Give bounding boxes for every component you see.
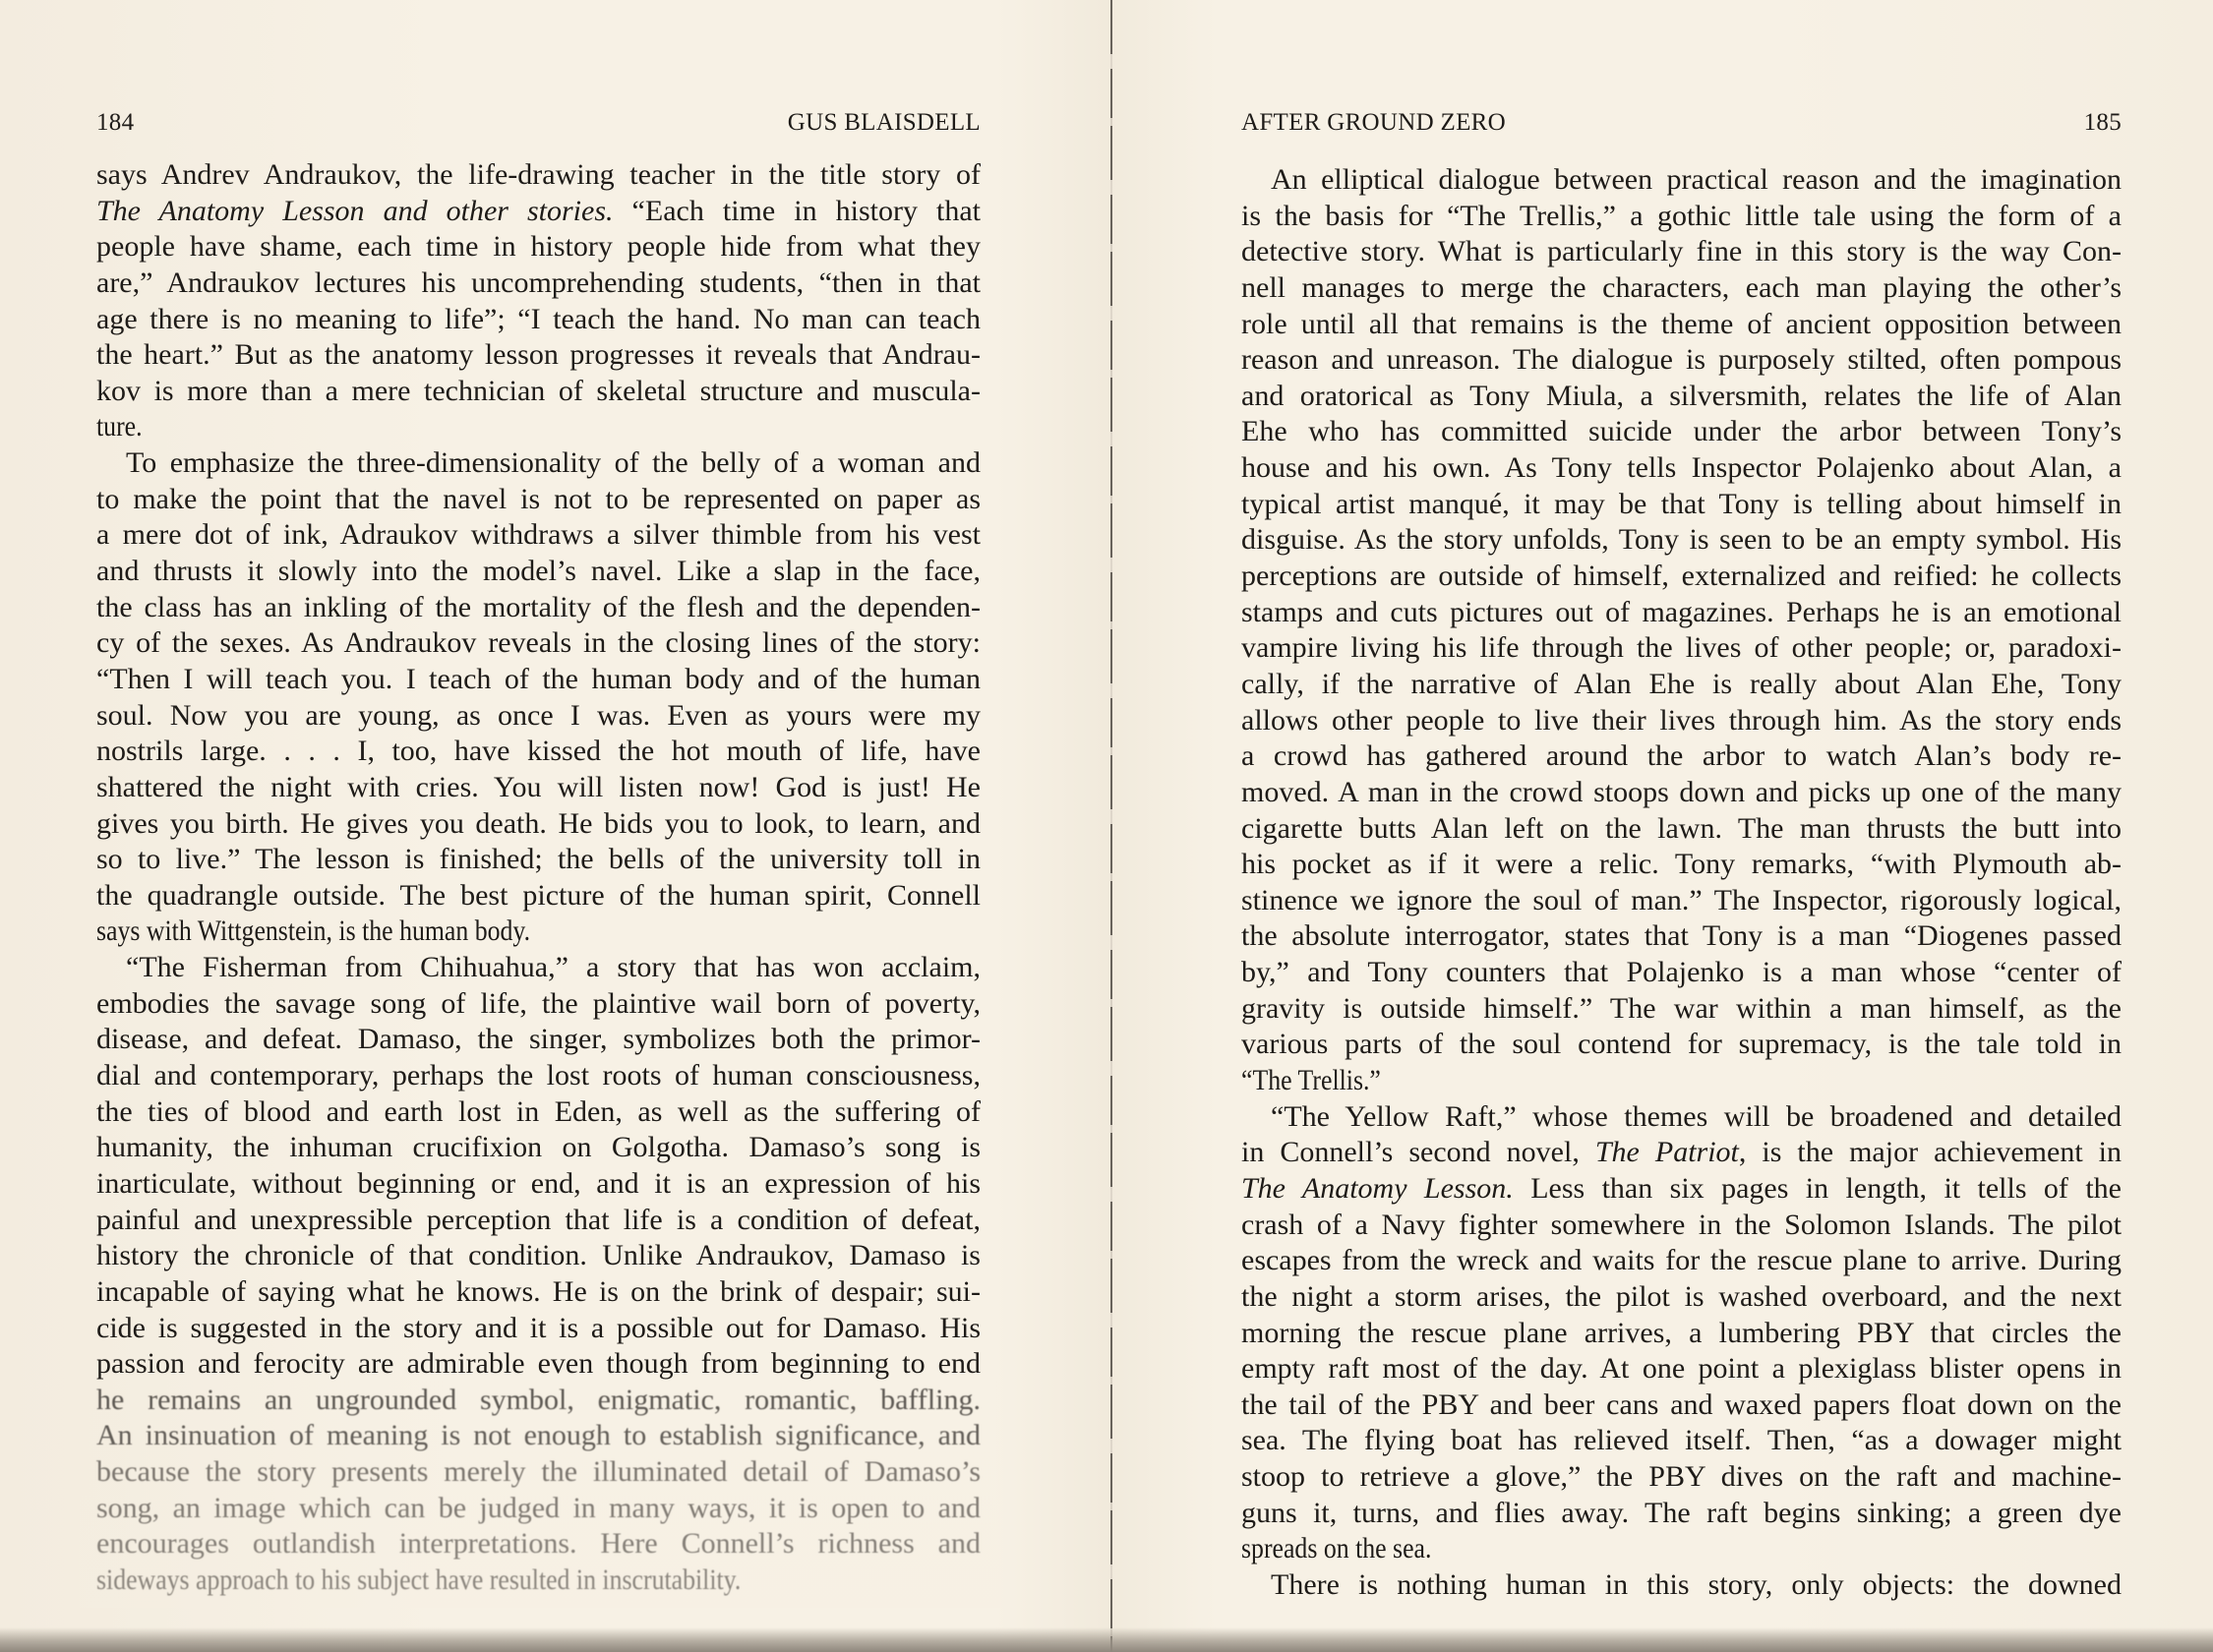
right-body-text: An elliptical dialogue between practical… (1241, 162, 2122, 1604)
text-line: the ties of blood and earth lost in Eden… (96, 1094, 981, 1131)
book-spine-gutter (1110, 0, 1112, 1652)
text-line: vampire living his life through the live… (1241, 630, 2122, 667)
text-line: sideways approach to his subject have re… (96, 1563, 981, 1599)
italic-title: The Patriot (1595, 1136, 1739, 1168)
left-body-text: says Andrev Andraukov, the life-drawing … (96, 157, 981, 1599)
text-line: history the chronicle of that condition.… (96, 1238, 981, 1274)
text-line: perceptions are outside of himself, exte… (1241, 559, 2122, 595)
right-running-head: AFTER GROUND ZERO 185 (1241, 106, 2122, 140)
text-line: says with Wittgenstein, is the human bod… (96, 914, 981, 950)
text-line: An elliptical dialogue between practical… (1241, 162, 2122, 199)
text-line: soul. Now you are young, as once I was. … (96, 698, 981, 735)
text-line: because the story presents merely the il… (96, 1454, 981, 1491)
text-line: passion and ferocity are admirable even … (96, 1346, 981, 1383)
text-line: the class has an inkling of the mortalit… (96, 590, 981, 626)
text-line: dial and contemporary, perhaps the lost … (96, 1058, 981, 1094)
text-line: stamps and cuts pictures out of magazine… (1241, 595, 2122, 631)
text-line: is the basis for “The Trellis,” a gothic… (1241, 199, 2122, 235)
text-line: in Connell’s second novel, The Patriot, … (1241, 1135, 2122, 1171)
running-head-title: AFTER GROUND ZERO (1241, 109, 1506, 137)
text-line: embodies the savage song of life, the pl… (96, 986, 981, 1023)
text-line: detective story. What is particularly fi… (1241, 234, 2122, 270)
text-line: disguise. As the story unfolds, Tony is … (1241, 522, 2122, 559)
text-line: incapable of saying what he knows. He is… (96, 1274, 981, 1311)
text-line: To emphasize the three-dimensionality of… (96, 445, 981, 482)
text-line: The Anatomy Lesson. Less than six pages … (1241, 1171, 2122, 1208)
running-head-author: GUS BLAISDELL (788, 109, 981, 137)
text-line: and thrusts it slowly into the model’s n… (96, 554, 981, 590)
text-line: morning the rescue plane arrives, a lumb… (1241, 1316, 2122, 1352)
text-line: shattered the night with cries. You will… (96, 770, 981, 806)
text-line: and oratorical as Tony Miula, a silversm… (1241, 379, 2122, 415)
text-line: says Andrev Andraukov, the life-drawing … (96, 157, 981, 194)
page-number-left: 184 (96, 109, 134, 137)
text-line: stoop to retrieve a glove,” the PBY dive… (1241, 1459, 2122, 1496)
text-line: inarticulate, without beginning or end, … (96, 1166, 981, 1203)
text-line: the tail of the PBY and beer cans and wa… (1241, 1387, 2122, 1424)
left-page: 184 GUS BLAISDELL says Andrev Andraukov,… (96, 0, 981, 1652)
text-line: nell manages to merge the characters, ea… (1241, 270, 2122, 307)
text-run: in Connell’s second novel, (1241, 1136, 1595, 1168)
text-line: the night a storm arises, the pilot is w… (1241, 1279, 2122, 1316)
text-line: The Anatomy Lesson and other stories. “E… (96, 194, 981, 230)
text-line: a crowd has gathered around the arbor to… (1241, 738, 2122, 775)
text-line: An insinuation of meaning is not enough … (96, 1418, 981, 1454)
text-run: “Each time in history that (614, 195, 981, 227)
text-line: nostrils large. . . . I, too, have kisse… (96, 734, 981, 770)
text-line: humanity, the inhuman crucifixion on Gol… (96, 1130, 981, 1166)
text-line: Ehe who has committed suicide under the … (1241, 414, 2122, 450)
text-line: age there is no meaning to life”; “I tea… (96, 302, 981, 338)
text-line: kov is more than a mere technician of sk… (96, 374, 981, 410)
text-line: moved. A man in the crowd stoops down an… (1241, 775, 2122, 811)
text-run: Less than six pages in length, it tells … (1514, 1172, 2122, 1205)
text-line: disease, and defeat. Damaso, the singer,… (96, 1022, 981, 1058)
text-line: cigarette butts Alan left on the lawn. T… (1241, 811, 2122, 848)
text-line: allows other people to live their lives … (1241, 703, 2122, 739)
text-line: “The Trellis.” (1241, 1063, 2122, 1099)
left-running-head: 184 GUS BLAISDELL (96, 106, 981, 140)
text-line: sea. The flying boat has relieved itself… (1241, 1423, 2122, 1459)
text-line: the absolute interrogator, states that T… (1241, 918, 2122, 955)
text-line: cy of the sexes. As Andraukov reveals in… (96, 625, 981, 662)
right-page: AFTER GROUND ZERO 185 An elliptical dial… (1241, 0, 2122, 1652)
text-line: empty raft most of the day. At one point… (1241, 1351, 2122, 1387)
italic-title: The Anatomy Lesson and other stories. (96, 195, 614, 227)
text-line: various parts of the soul contend for su… (1241, 1027, 2122, 1063)
text-line: “Then I will teach you. I teach of the h… (96, 662, 981, 698)
text-line: painful and unexpressible perception tha… (96, 1203, 981, 1239)
text-line: crash of a Navy fighter somewhere in the… (1241, 1208, 2122, 1244)
text-line: “The Yellow Raft,” whose themes will be … (1241, 1099, 2122, 1136)
text-line: a mere dot of ink, Adraukov withdraws a … (96, 517, 981, 554)
text-line: typical artist manqué, it may be that To… (1241, 487, 2122, 523)
text-line: escapes from the wreck and waits for the… (1241, 1243, 2122, 1279)
text-line: spreads on the sea. (1241, 1531, 2122, 1567)
text-line: cide is suggested in the story and it is… (96, 1311, 981, 1347)
text-line: stinence we ignore the soul of man.” The… (1241, 883, 2122, 919)
italic-title: The Anatomy Lesson. (1241, 1172, 1514, 1205)
text-line: his pocket as if it were a relic. Tony r… (1241, 847, 2122, 883)
text-line: the quadrangle outside. The best picture… (96, 878, 981, 914)
text-line: so to live.” The lesson is finished; the… (96, 842, 981, 878)
text-line: are,” Andraukov lectures his uncomprehen… (96, 265, 981, 302)
text-line: to make the point that the navel is not … (96, 482, 981, 518)
text-line: gravity is outside himself.” The war wit… (1241, 991, 2122, 1028)
text-line: house and his own. As Tony tells Inspect… (1241, 450, 2122, 487)
text-line: ture. (96, 409, 981, 445)
text-line: encourages outlandish interpretations. H… (96, 1526, 981, 1563)
text-line: guns it, turns, and flies away. The raft… (1241, 1496, 2122, 1532)
text-line: There is nothing human in this story, on… (1241, 1567, 2122, 1604)
text-line: people have shame, each time in history … (96, 229, 981, 265)
text-line: the heart.” But as the anatomy lesson pr… (96, 337, 981, 374)
page-number-right: 185 (2084, 109, 2122, 137)
text-line: by,” and Tony counters that Polajenko is… (1241, 955, 2122, 991)
text-line: “The Fisherman from Chihuahua,” a story … (96, 950, 981, 986)
text-line: reason and unreason. The dialogue is pur… (1241, 342, 2122, 379)
text-line: cally, if the narrative of Alan Ehe is r… (1241, 667, 2122, 703)
text-line: gives you birth. He gives you death. He … (96, 806, 981, 843)
scan-bottom-shadow (0, 1627, 2213, 1652)
text-run: , is the major achievement in (1739, 1136, 2122, 1168)
text-line: song, an image which can be judged in ma… (96, 1491, 981, 1527)
text-line: he remains an ungrounded symbol, enigmat… (96, 1383, 981, 1419)
text-line: role until all that remains is the theme… (1241, 307, 2122, 343)
